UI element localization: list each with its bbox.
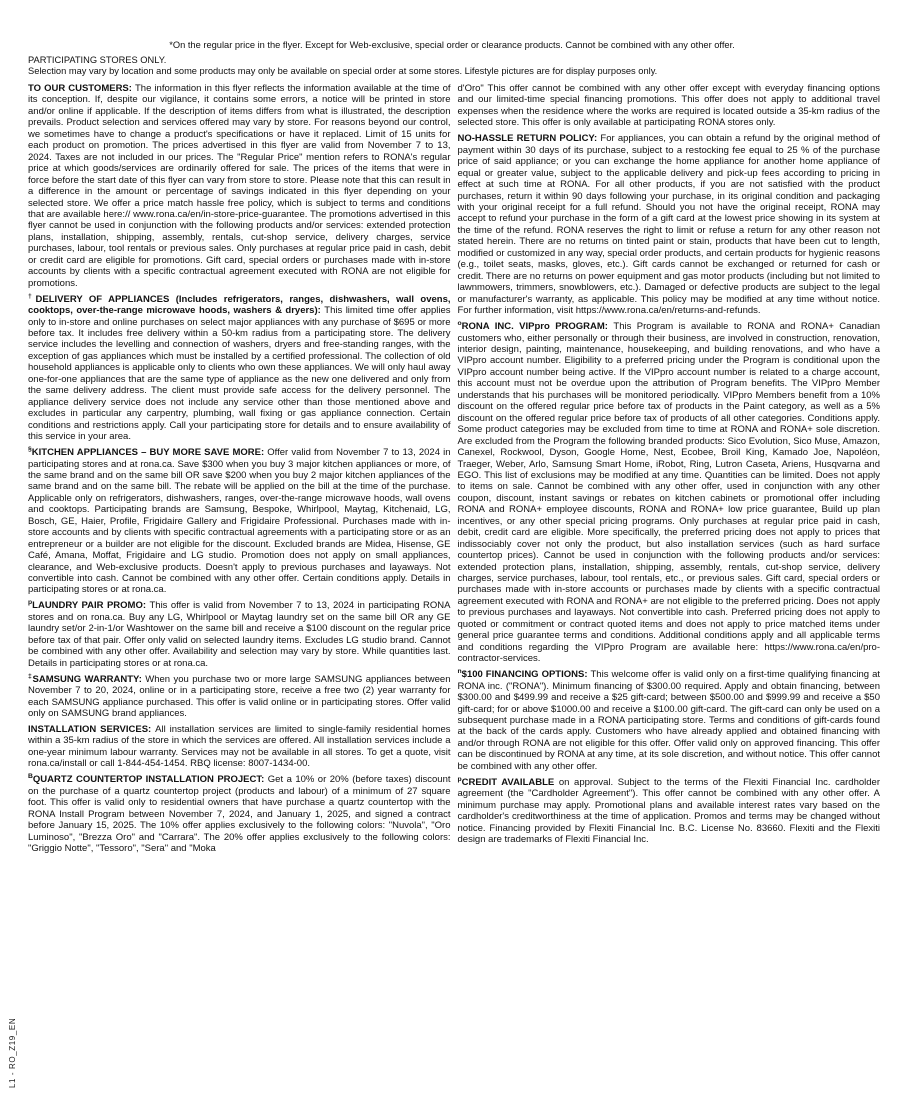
legal-paragraph: §KITCHEN APPLIANCES – BUY MORE SAVE MORE…	[28, 447, 451, 596]
legal-text-columns: TO OUR CUSTOMERS: The information in thi…	[0, 77, 900, 859]
paragraph-title: TO OUR CUSTOMERS:	[28, 83, 135, 94]
legal-paragraph: oRONA INC. VIPpro PROGRAM: This Program …	[458, 321, 881, 665]
footnote-marker: n	[458, 668, 462, 675]
footnote-marker: ‡	[28, 673, 33, 680]
legal-paragraph: n$100 FINANCING OPTIONS: This welcome of…	[458, 669, 881, 772]
paragraph-title: n$100 FINANCING OPTIONS:	[458, 669, 591, 680]
footnote-marker: †	[28, 293, 36, 300]
footnote-marker: o	[458, 320, 462, 327]
footnote-marker: p	[458, 776, 462, 783]
legal-paragraph: d'Oro" This offer cannot be combined wit…	[458, 83, 881, 129]
paragraph-title: INSTALLATION SERVICES:	[28, 724, 155, 735]
flyer-legal-page: *On the regular price in the flyer. Exce…	[0, 0, 900, 1104]
legal-paragraph: †DELIVERY OF APPLIANCES (Includes refrig…	[28, 294, 451, 443]
paragraph-title: oRONA INC. VIPpro PROGRAM:	[458, 321, 614, 332]
paragraph-title: BQUARTZ COUNTERTOP INSTALLATION PROJECT:	[28, 774, 268, 785]
participating-stores-line: PARTICIPATING STORES ONLY.	[28, 55, 876, 66]
footnote-marker: B	[28, 773, 33, 780]
paragraph-text: This limited time offer applies only to …	[28, 305, 451, 442]
paragraph-text: d'Oro" This offer cannot be combined wit…	[458, 83, 881, 128]
regular-price-footnote: *On the regular price in the flyer. Exce…	[28, 40, 876, 51]
paragraph-text: This welcome offer is valid only on a fi…	[458, 669, 881, 772]
legal-paragraph: NO-HASSLE RETURN POLICY: For appliances,…	[458, 133, 881, 316]
paragraph-title: pCREDIT AVAILABLE	[458, 777, 559, 788]
right-column: d'Oro" This offer cannot be combined wit…	[458, 83, 881, 859]
legal-paragraph: pCREDIT AVAILABLE on approval. Subject t…	[458, 777, 881, 846]
left-column: TO OUR CUSTOMERS: The information in thi…	[28, 83, 451, 859]
legal-paragraph: pLAUNDRY PAIR PROMO: This offer is valid…	[28, 600, 451, 669]
legal-paragraph: INSTALLATION SERVICES: All installation …	[28, 724, 451, 770]
paragraph-text: This Program is available to RONA and RO…	[458, 321, 881, 664]
selection-disclaimer-line: Selection may vary by location and some …	[28, 66, 876, 77]
paragraph-text: For appliances, you can obtain a refund …	[458, 133, 881, 316]
paragraph-title: pLAUNDRY PAIR PROMO:	[28, 600, 149, 611]
paragraph-title: §KITCHEN APPLIANCES – BUY MORE SAVE MORE…	[28, 447, 267, 458]
footnote-marker: p	[28, 599, 32, 606]
paragraph-title: NO-HASSLE RETURN POLICY:	[458, 133, 601, 144]
paragraph-title: ‡SAMSUNG WARRANTY:	[28, 674, 145, 685]
legal-paragraph: BQUARTZ COUNTERTOP INSTALLATION PROJECT:…	[28, 774, 451, 854]
footnote-marker: §	[28, 446, 32, 453]
top-notes: *On the regular price in the flyer. Exce…	[0, 0, 900, 77]
legal-paragraph: TO OUR CUSTOMERS: The information in thi…	[28, 83, 451, 289]
edge-version-code: L1 - RO_Z19_EN	[8, 1018, 17, 1088]
legal-paragraph: ‡SAMSUNG WARRANTY: When you purchase two…	[28, 674, 451, 720]
paragraph-text: Offer valid from November 7 to 13, 2024 …	[28, 447, 451, 595]
paragraph-text: The information in this flyer reflects t…	[28, 83, 451, 289]
paragraph-text: Get a 10% or 20% (before taxes) discount…	[28, 774, 451, 854]
